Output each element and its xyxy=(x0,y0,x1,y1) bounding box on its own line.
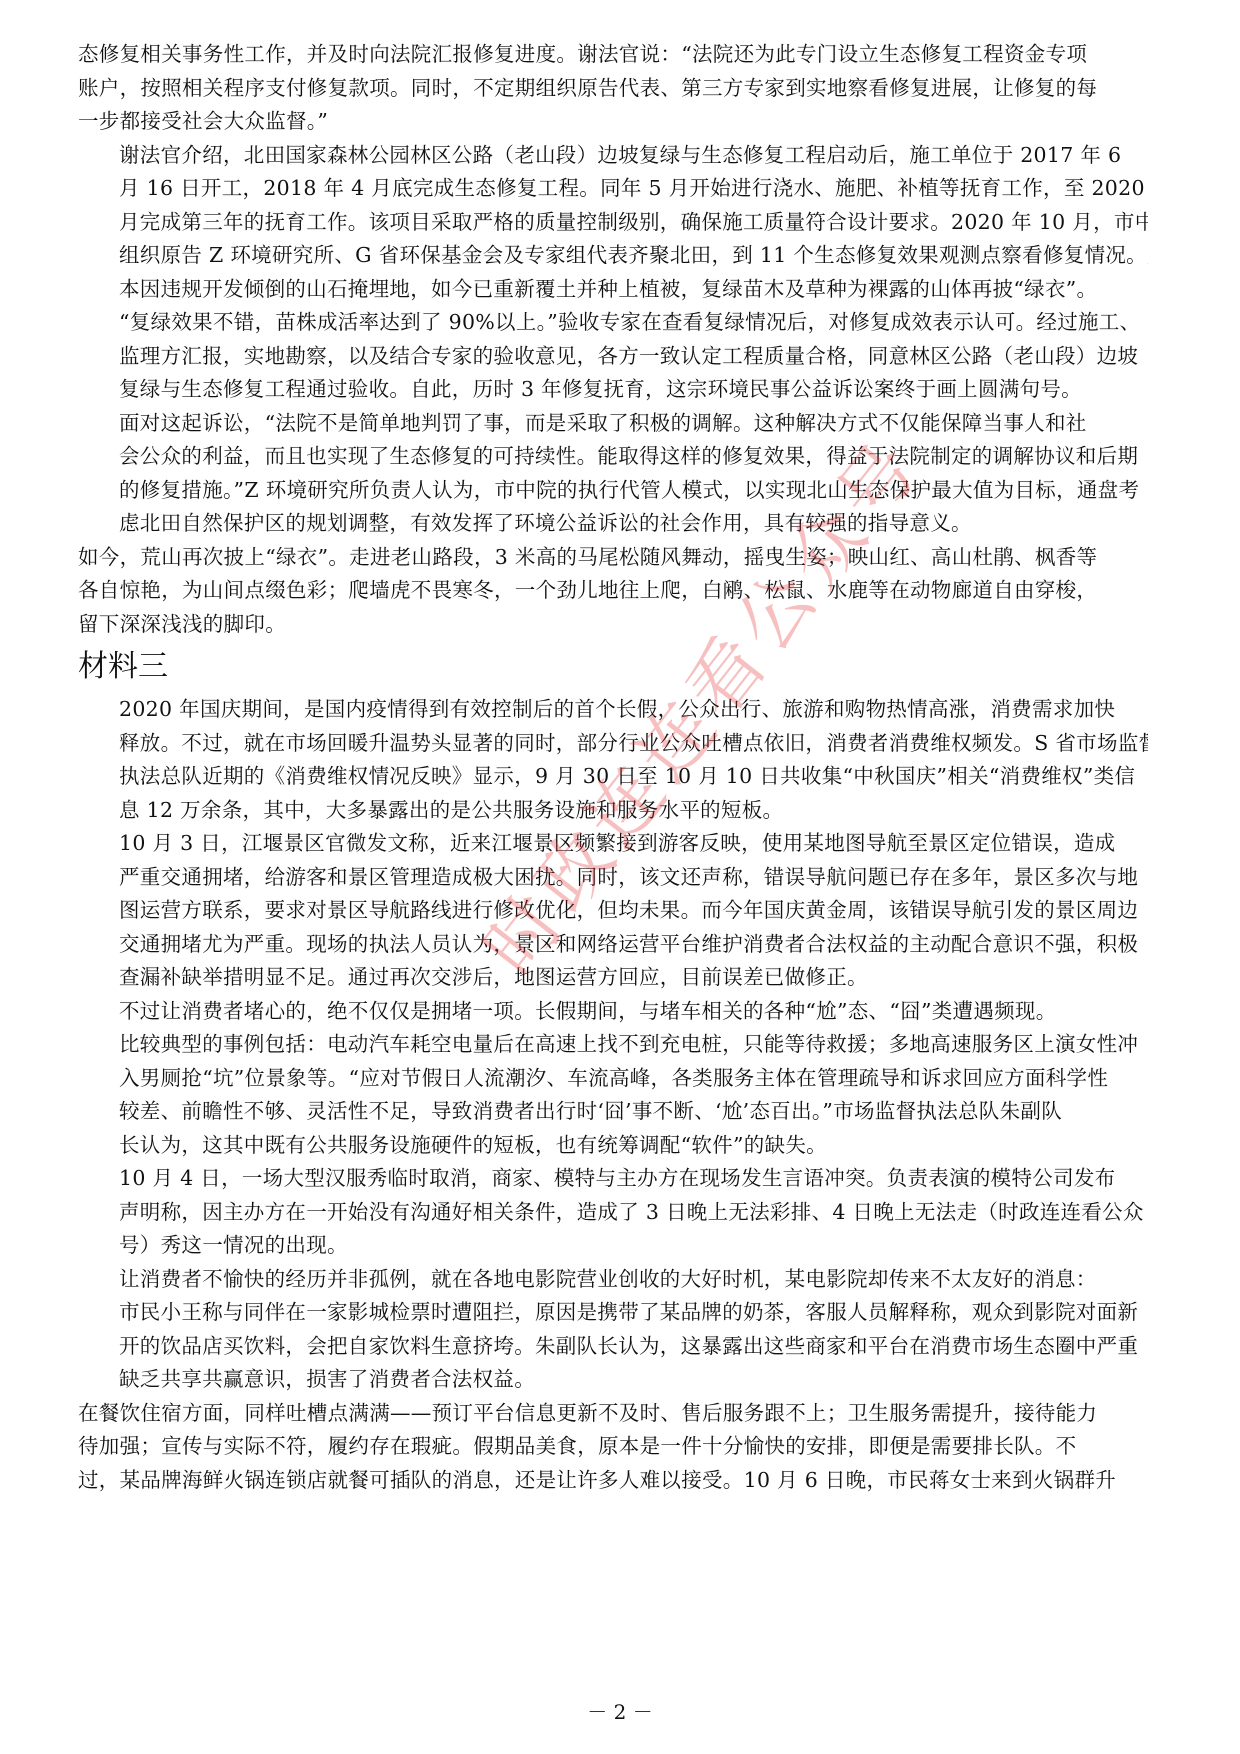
text-line: 本因违规开发倾倒的山石掩埋地，如今已重新覆土并种上植被，复绿苗木及草种为裸露的山… xyxy=(78,273,1148,307)
text-line: 息 12 万余条，其中，大多暴露出的是公共服务设施和服务水平的短板。 xyxy=(78,794,1148,828)
text-line: 复绿与生态修复工程通过验收。自此，历时 3 年修复抚育，这宗环境民事公益诉讼案终… xyxy=(78,373,1148,407)
paragraph: 2020 年国庆期间，是国内疫情得到有效控制后的首个长假，公众出行、旅游和购物热… xyxy=(78,693,1148,827)
text-line: 交通拥堵尤为严重。现场的执法人员认为，景区和网络运营平台维护消费者合法权益的主动… xyxy=(78,928,1148,962)
paragraph: 态修复相关事务性工作，并及时向法院汇报修复进度。谢法官说：“法院还为此专门设立生… xyxy=(78,38,1148,139)
text-line: 开的饮品店买饮料，会把自家饮料生意挤垮。朱副队长认为，这暴露出这些商家和平台在消… xyxy=(78,1330,1148,1364)
text-line: 查漏补缺举措明显不足。通过再次交涉后，地图运营方回应，目前误差已做修正。 xyxy=(78,961,1148,995)
text-line: 长认为，这其中既有公共服务设施硬件的短板，也有统筹调配“软件”的缺失。 xyxy=(78,1129,1148,1163)
text-line: 市民小王称与同伴在一家影城检票时遭阻拦，原因是携带了某品牌的奶茶，客服人员解释称… xyxy=(78,1296,1148,1330)
text-line: “复绿效果不错，苗株成活率达到了 90%以上。”验收专家在查看复绿情况后，对修复… xyxy=(78,306,1148,340)
material-two-continuation: 态修复相关事务性工作，并及时向法院汇报修复进度。谢法官说：“法院还为此专门设立生… xyxy=(78,38,1148,641)
paragraph: 面对这起诉讼，“法院不是简单地判罚了事，而是采取了积极的调解。这种解决方式不仅能… xyxy=(78,407,1148,541)
paragraph: 在餐饮住宿方面，同样吐槽点满满——预订平台信息更新不及时、售后服务跟不上；卫生服… xyxy=(78,1397,1148,1498)
text-line: 组织原告 Z 环境研究所、G 省环保基金会及专家组代表齐聚北田，到 11 个生态… xyxy=(78,239,1148,273)
paragraph: 不过让消费者堵心的，绝不仅仅是拥堵一项。长假期间，与堵车相关的各种“尬”态、“囧… xyxy=(78,995,1148,1163)
text-line: 各自惊艳，为山间点缀色彩；爬墙虎不畏寒冬，一个劲儿地往上爬，白鹇、松鼠、水鹿等在… xyxy=(78,574,1148,608)
text-line: 的修复措施。”Z 环境研究所负责人认为，市中院的执行代管人模式，以实现北山生态保… xyxy=(78,474,1148,508)
text-line: 态修复相关事务性工作，并及时向法院汇报修复进度。谢法官说：“法院还为此专门设立生… xyxy=(78,38,1148,72)
text-line: 较差、前瞻性不够、灵活性不足，导致消费者出行时‘囧’事不断、‘尬’态百出。”市场… xyxy=(78,1095,1148,1129)
page-number: － 2 － xyxy=(0,1696,1240,1725)
paragraph: 如今，荒山再次披上“绿衣”。走进老山路段，3 米高的马尾松随风舞动，摇曳生姿；映… xyxy=(78,541,1148,642)
text-line: 留下深深浅浅的脚印。 xyxy=(78,608,1148,642)
text-line: 待加强；宣传与实际不符，履约存在瑕疵。假期品美食，原本是一件十分愉快的安排，即便… xyxy=(78,1430,1148,1464)
text-line: 虑北田自然保护区的规划调整，有效发挥了环境公益诉讼的社会作用，具有较强的指导意义… xyxy=(78,507,1148,541)
text-line: 过，某品牌海鲜火锅连锁店就餐可插队的消息，还是让许多人难以接受。10 月 6 日… xyxy=(78,1464,1148,1498)
paragraph: 让消费者不愉快的经历并非孤例，就在各地电影院营业创收的大好时机，某电影院却传来不… xyxy=(78,1263,1148,1397)
text-line: 账户，按照相关程序支付修复款项。同时，不定期组织原告代表、第三方专家到实地察看修… xyxy=(78,72,1148,106)
material-three-body: 2020 年国庆期间，是国内疫情得到有效控制后的首个长假，公众出行、旅游和购物热… xyxy=(78,693,1148,1497)
section-heading: 材料三 xyxy=(78,645,1148,689)
text-line: 释放。不过，就在市场回暖升温势头显著的同时，部分行业公众吐槽点依旧，消费者消费维… xyxy=(78,727,1148,761)
text-line: 监理方汇报，实地勘察，以及结合专家的验收意见，各方一致认定工程质量合格，同意林区… xyxy=(78,340,1148,374)
text-line: 面对这起诉讼，“法院不是简单地判罚了事，而是采取了积极的调解。这种解决方式不仅能… xyxy=(78,407,1148,441)
text-line: 执法总队近期的《消费维权情况反映》显示，9 月 30 日至 10 月 10 日共… xyxy=(78,760,1148,794)
paragraph: 10 月 4 日，一场大型汉服秀临时取消，商家、模特与主办方在现场发生言语冲突。… xyxy=(78,1162,1148,1263)
text-line: 图运营方联系，要求对景区导航路线进行修改优化，但均未果。而今年国庆黄金周，该错误… xyxy=(78,894,1148,928)
text-line: 会公众的利益，而且也实现了生态修复的可持续性。能取得这样的修复效果，得益于法院制… xyxy=(78,440,1148,474)
text-line: 在餐饮住宿方面，同样吐槽点满满——预订平台信息更新不及时、售后服务跟不上；卫生服… xyxy=(78,1397,1148,1431)
text-line: 号）秀这一情况的出现。 xyxy=(78,1229,1148,1263)
paragraph: 谢法官介绍，北田国家森林公园林区公路（老山段）边坡复绿与生态修复工程启动后，施工… xyxy=(78,139,1148,407)
text-line: 月 16 日开工，2018 年 4 月底完成生态修复工程。同年 5 月开始进行浇… xyxy=(78,172,1148,206)
text-line: 一步都接受社会大众监督。” xyxy=(78,105,1148,139)
paragraph: 10 月 3 日，江堰景区官微发文称，近来江堰景区频繁接到游客反映，使用某地图导… xyxy=(78,827,1148,995)
text-line: 10 月 4 日，一场大型汉服秀临时取消，商家、模特与主办方在现场发生言语冲突。… xyxy=(78,1162,1148,1196)
text-line: 谢法官介绍，北田国家森林公园林区公路（老山段）边坡复绿与生态修复工程启动后，施工… xyxy=(78,139,1148,173)
document-page: 态修复相关事务性工作，并及时向法院汇报修复进度。谢法官说：“法院还为此专门设立生… xyxy=(78,38,1148,1497)
text-line: 如今，荒山再次披上“绿衣”。走进老山路段，3 米高的马尾松随风舞动，摇曳生姿；映… xyxy=(78,541,1148,575)
text-line: 声明称，因主办方在一开始没有沟通好相关条件，造成了 3 日晚上无法彩排、4 日晚… xyxy=(78,1196,1148,1230)
text-line: 10 月 3 日，江堰景区官微发文称，近来江堰景区频繁接到游客反映，使用某地图导… xyxy=(78,827,1148,861)
text-line: 2020 年国庆期间，是国内疫情得到有效控制后的首个长假，公众出行、旅游和购物热… xyxy=(78,693,1148,727)
text-line: 不过让消费者堵心的，绝不仅仅是拥堵一项。长假期间，与堵车相关的各种“尬”态、“囧… xyxy=(78,995,1148,1029)
text-line: 比较典型的事例包括：电动汽车耗空电量后在高速上找不到充电桩，只能等待救援；多地高… xyxy=(78,1028,1148,1062)
text-line: 月完成第三年的抚育工作。该项目采取严格的质量控制级别，确保施工质量符合设计要求。… xyxy=(78,206,1148,240)
text-line: 让消费者不愉快的经历并非孤例，就在各地电影院营业创收的大好时机，某电影院却传来不… xyxy=(78,1263,1148,1297)
text-line: 入男厕抢“坑”位景象等。“应对节假日人流潮汐、车流高峰，各类服务主体在管理疏导和… xyxy=(78,1062,1148,1096)
text-line: 严重交通拥堵，给游客和景区管理造成极大困扰。同时，该文还声称，错误导航问题已存在… xyxy=(78,861,1148,895)
text-line: 缺乏共享共赢意识，损害了消费者合法权益。 xyxy=(78,1363,1148,1397)
